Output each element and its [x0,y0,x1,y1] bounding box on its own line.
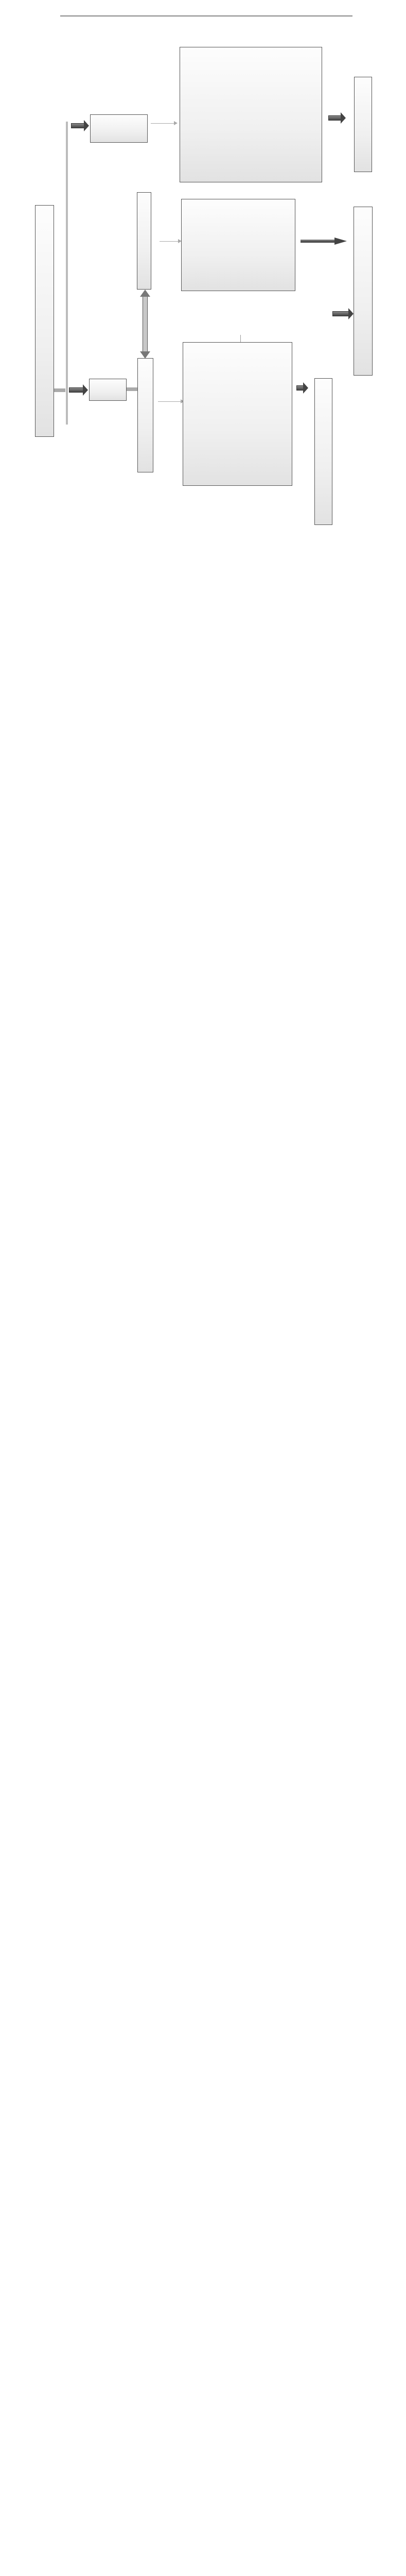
arrow-right-icon [328,115,341,121]
connector [54,388,65,392]
public-basic-box [90,114,148,143]
arrow-right-icon [158,401,181,402]
outcome-post-box [354,207,373,376]
public-courses-box [180,47,322,182]
arrow-right-icon [160,241,179,242]
arrow-right-icon [71,123,84,128]
arrow-right-icon [69,387,83,393]
outcome-literacy-box [354,77,372,172]
running-header [60,13,352,16]
professional-core-courses-box [183,342,292,486]
root-box [35,205,54,437]
arrow-right-icon [301,240,334,243]
professional-basic-courses-box [181,199,295,291]
professional-core-box [137,358,153,472]
arrow-right-icon [151,123,174,124]
professional-course-box [89,379,127,401]
double-arrow-icon [143,297,148,351]
trunk-line [66,122,68,425]
arrow-right-icon [332,311,349,316]
arrow-right-icon [296,385,304,391]
page-6 [0,0,406,561]
connector [127,387,137,391]
professional-basic-box [137,192,151,290]
training-box [314,378,332,525]
connector-line [240,335,241,342]
